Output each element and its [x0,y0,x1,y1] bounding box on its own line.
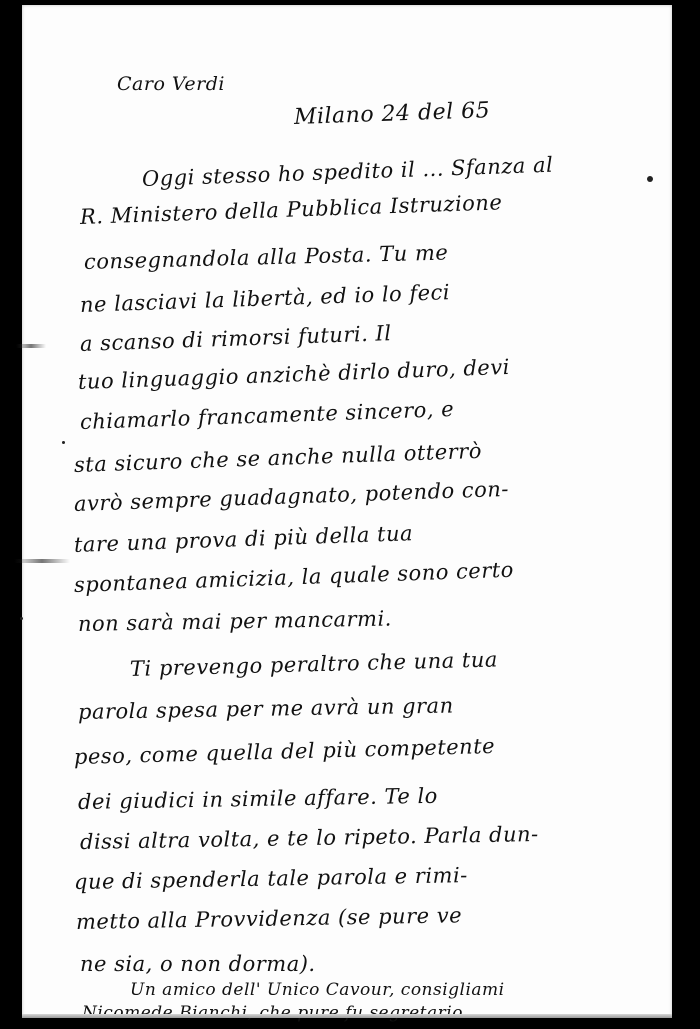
ink-smudge [16,344,46,348]
letter-line: non sarà mai per mancarmi. [78,607,392,636]
letter-line: Ti prevengo peraltro che una tua [130,647,498,681]
ink-smudge [14,559,70,563]
dateline: Milano 24 del 65 [294,98,491,130]
letter-line: Oggi stesso ho spedito il ... Sfanza al [142,153,554,191]
ink-speck [20,617,23,620]
letter-line: tare una prova di più della tua [74,521,414,557]
letter-paper: Caro Verdi Milano 24 del 65 Oggi stesso … [22,5,672,1018]
letter-line: sta sicuro che se anche nulla otterrò [74,439,483,477]
letter-line: avrò sempre guadagnato, potendo con- [74,477,510,516]
letter-line: dei giudici in simile affare. Te lo [78,784,438,814]
letter-line: dissi altra volta, e te lo ripeto. Parla… [80,822,539,854]
letter-line: chiamarlo francamente sincero, e [80,397,455,434]
ink-speck [62,441,65,444]
letter-line: tuo linguaggio anzichè dirlo duro, devi [78,355,511,394]
letter-line: parola spesa per me avrà un gran [78,693,454,724]
letter-line: ne sia, o non dorma). [80,952,316,976]
salutation: Caro Verdi [117,73,225,95]
letter-line: spontanea amicizia, la quale sono certo [74,558,515,597]
letter-line: ne lasciavi la libertà, ed io lo feci [80,280,451,317]
letter-line: peso, come quella del più competente [74,734,496,769]
letter-line: Nicomede Bianchi, che pure fu segretario [82,1003,463,1023]
ink-speck [647,176,653,182]
letter-line: R. Ministero della Pubblica Istruzione [80,190,503,229]
letter-line: que di spenderla tale parola e rimi- [74,863,468,894]
letter-line: Un amico dell' Unico Cavour, consigliami [130,980,505,1000]
letter-line: a scanso di rimorsi futuri. Il [80,321,392,356]
letter-line: consegnandola alla Posta. Tu me [84,240,449,274]
letter-line: metto alla Provvidenza (se pure ve [76,903,462,934]
